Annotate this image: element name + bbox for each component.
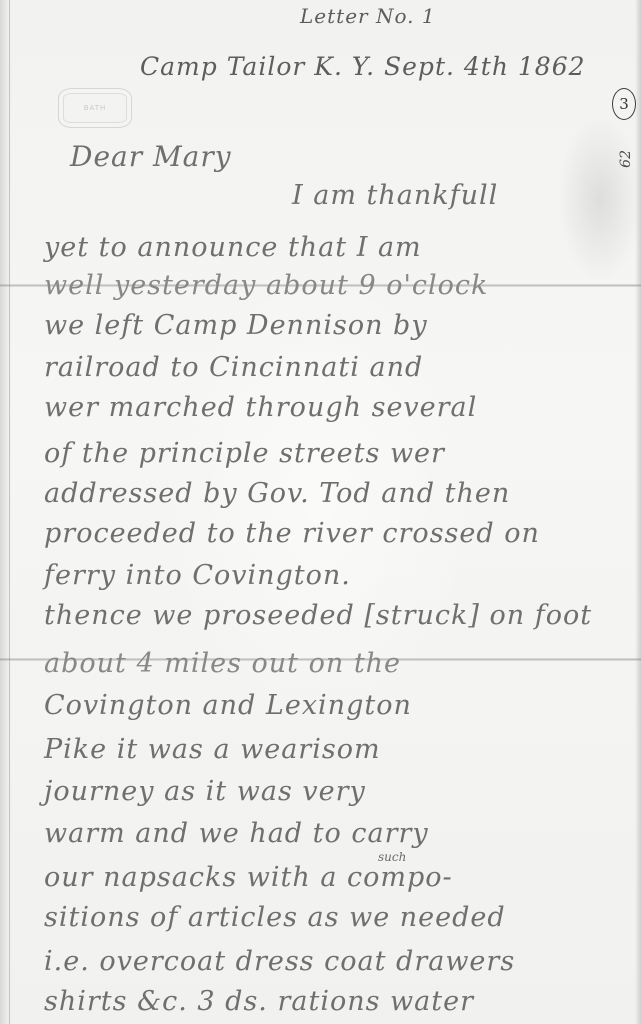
margin-number: 62 <box>618 150 634 168</box>
letter-dateline: Camp Tailor K. Y. Sept. 4th 1862 <box>140 52 586 81</box>
letter-line-2: well yesterday about 9 o'clock <box>44 270 488 301</box>
letter-line-5: wer marched through several <box>44 392 477 423</box>
salutation: Dear Mary <box>70 140 232 173</box>
letter-line-13: Pike it was a wearisom <box>44 734 381 765</box>
letter-line-1: yet to announce that I am <box>44 232 422 263</box>
paper-left-edge <box>0 0 12 1024</box>
letter-line-4: railroad to Cincinnati and <box>44 352 423 383</box>
page-number-circled: 3 <box>612 88 636 120</box>
letter-line-18: i.e. overcoat dress coat drawers <box>44 946 515 977</box>
letter-line-11: about 4 miles out on the <box>44 648 401 679</box>
letter-line-8: proceeded to the river crossed on <box>44 518 540 549</box>
letter-line-16: our napsacks with a compo- <box>44 862 453 893</box>
letter-line-9: ferry into Covington. <box>44 560 351 591</box>
letter-line-10: thence we proseeded [struck] on foot <box>44 600 592 631</box>
letter-line-3: we left Camp Dennison by <box>44 310 428 341</box>
letter-line-17: sitions of articles as we needed <box>44 902 506 933</box>
letter-line-15: warm and we had to carry <box>44 818 429 849</box>
letter-line-6: of the principle streets wer <box>44 438 445 469</box>
letter-line-14: journey as it was very <box>44 776 366 807</box>
opening-line: I am thankfull <box>292 180 498 211</box>
letter-line-12: Covington and Lexington <box>44 690 412 721</box>
letter-heading: Letter No. 1 <box>300 4 436 28</box>
paper-right-edge <box>635 0 641 1024</box>
paper-margin-rule <box>9 0 10 1024</box>
letter-line-7: addressed by Gov. Tod and then <box>44 478 510 509</box>
embossed-stamp: BATH <box>58 88 132 128</box>
letter-page: BATH Letter No. 1 Camp Tailor K. Y. Sept… <box>0 0 641 1024</box>
letter-line-19: shirts &c. 3 ds. rations water <box>44 986 474 1017</box>
